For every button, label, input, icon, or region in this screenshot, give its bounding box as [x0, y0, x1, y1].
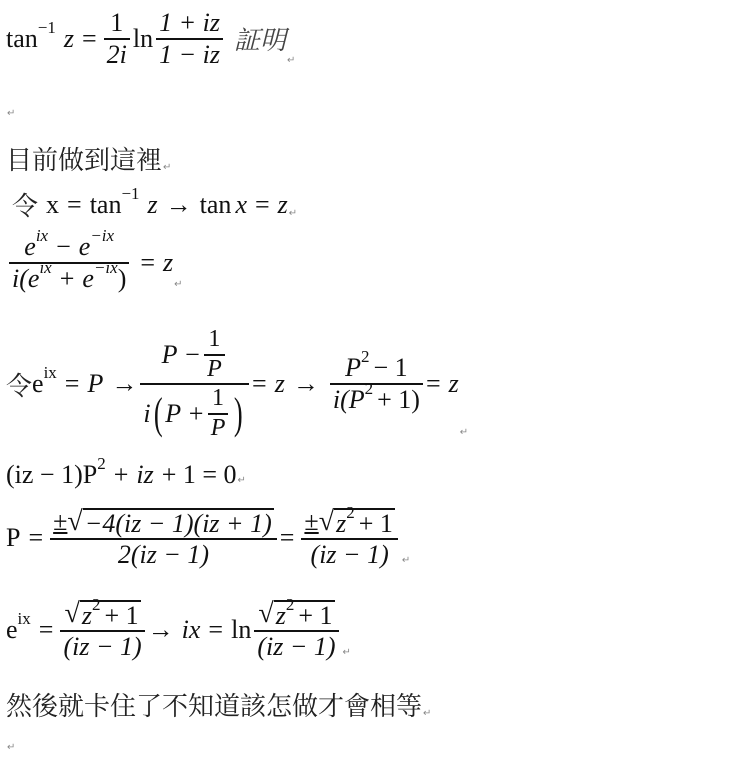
paragraph-mark: ↵	[343, 647, 351, 658]
ln: ln	[133, 24, 153, 54]
inverse-superscript: −1	[38, 18, 56, 38]
empty-paragraph: ↵	[6, 108, 15, 123]
paragraph-mark: ↵	[163, 162, 171, 173]
equals: =	[82, 24, 97, 54]
paragraph-mark: ↵	[174, 279, 182, 290]
fraction-eix: √ z2 + 1 (iz − 1)	[60, 598, 144, 662]
fraction-one-over-2i: 1 2i	[104, 8, 130, 70]
equation-p-solution: P = ± √ −4(iz − 1)(iz + 1) 2(iz − 1) = ±…	[6, 506, 410, 570]
equation-final: e ix = √ z2 + 1 (iz − 1) → ix = ln √ z2	[6, 598, 351, 662]
paragraph-mark: ↵	[238, 475, 246, 486]
arrow-icon: →	[111, 369, 137, 399]
arrow-icon: →	[166, 190, 192, 220]
arrow-icon: →	[148, 615, 174, 645]
empty-paragraph: ↵	[6, 742, 15, 757]
fraction-ln-arg: √ z2 + 1 (iz − 1)	[254, 598, 338, 662]
fraction-quadratic-formula: ± √ −4(iz − 1)(iz + 1) 2(iz − 1)	[50, 506, 277, 570]
fraction-p-compound: P − 1 P i ( P + 1 P )	[140, 326, 249, 442]
equation-let-x: 令 x = tan −1 z → tan x = z ↵	[12, 186, 297, 223]
paragraph-mark: ↵	[7, 742, 15, 753]
equation-let-p: 令 e ix = P → P − 1 P i ( P + 1 P ) =	[6, 326, 468, 442]
paragraph-mark: ↵	[423, 708, 431, 719]
fraction-log-arg: 1 + iz 1 − iz	[156, 8, 223, 70]
paragraph-mark: ↵	[7, 108, 15, 119]
equation-quadratic: (iz − 1)P 2 + iz + 1 = 0 ↵	[6, 460, 246, 490]
fraction-euler: eix − e−ix i( eix + e−ix )	[9, 232, 129, 294]
let-char: 令	[12, 186, 38, 223]
equation-euler-tan: eix − e−ix i( eix + e−ix ) = z ↵	[6, 232, 183, 294]
paragraph-mark: ↵	[460, 427, 468, 438]
paragraph-mark: ↵	[287, 55, 295, 66]
paragraph-mark: ↵	[289, 208, 297, 219]
let-char: 令	[6, 366, 32, 403]
fraction-p-squared: P2 − 1 i(P2 + 1)	[330, 353, 423, 415]
status-text: 目前做到這裡 ↵	[6, 140, 171, 177]
prove-note: 証明	[234, 20, 286, 57]
var-z: z	[64, 24, 74, 54]
tan-func: tan	[6, 24, 38, 54]
equation-arctan-identity: tan −1 z = 1 2i ln 1 + iz 1 − iz 証明 ↵	[6, 8, 295, 70]
arrow-icon: →	[293, 369, 319, 399]
paragraph-mark: ↵	[402, 555, 410, 566]
fraction-simplified: ± √ z2 + 1 (iz − 1)	[301, 506, 397, 570]
stuck-text: 然後就卡住了不知道該怎做才會相等 ↵	[6, 686, 431, 723]
